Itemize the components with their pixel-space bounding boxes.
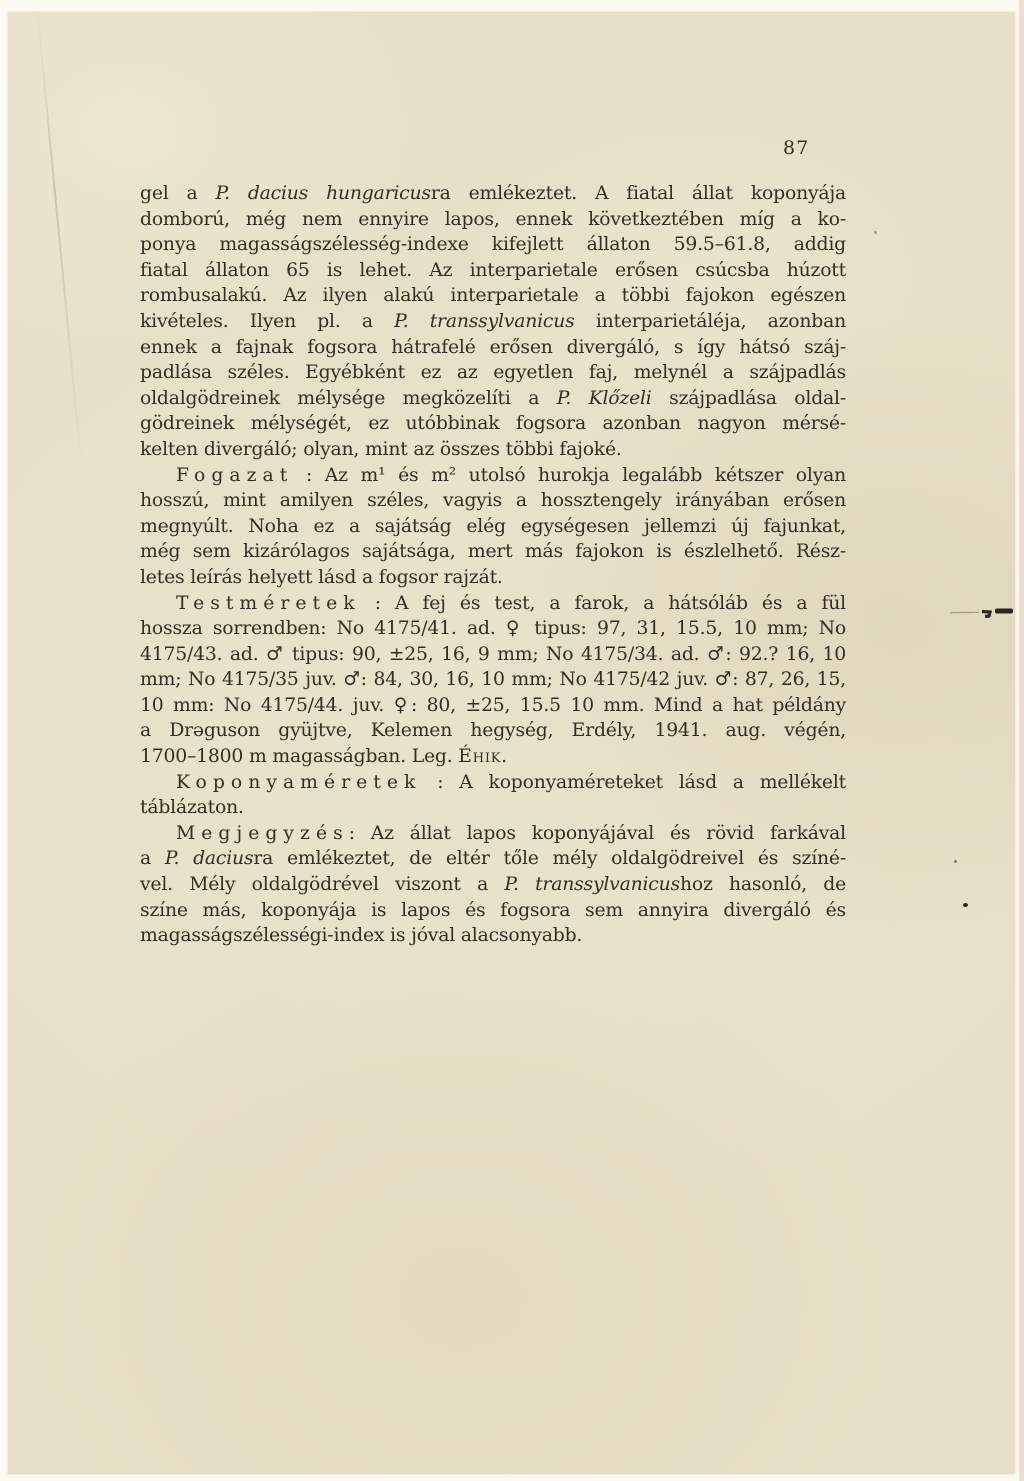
text-run: magasságszélességi-index is jóval alacso… <box>140 925 582 946</box>
text-run: a <box>140 848 165 869</box>
text-line: ennek a fajnak fogsora hátrafelé erősen … <box>140 335 846 361</box>
text-line: megnyúlt. Noha ez a sajátság elég egység… <box>140 514 846 540</box>
handwritten-margin-mark <box>948 600 1020 622</box>
text-line: még sem kizárólagos sajátsága, mert más … <box>140 539 846 565</box>
text-run: ra emlékeztet. A fiatal állat koponyája <box>431 183 846 204</box>
text-line: magasságszélességi-index is jóval alacso… <box>140 923 846 949</box>
text-run: mm; No 4175/35 juv. ♂: 84, 30, 16, 10 mm… <box>140 669 846 690</box>
text-line: vel. Mély oldalgödrével viszont a P. tra… <box>140 872 846 898</box>
text-line: ponya magasságszélesség-indexe kifejlett… <box>140 232 846 258</box>
text-line: 1700–1800 m magasságban. Leg. Éhik. <box>140 744 846 770</box>
text-run: 4175/43. ad. ♂ tipus: 90, ±25, 16, 9 mm;… <box>140 644 846 665</box>
text-run-spaced: Testméretek <box>176 593 361 614</box>
text-run: 1700–1800 m magasságban. Leg. <box>140 746 458 767</box>
text-run: padlása széles. Egyébként ez az egyetlen… <box>140 362 846 383</box>
text-run: oldalgödreinek mélysége megközelíti a <box>140 388 557 409</box>
page-crease <box>36 6 83 474</box>
text-run: : A fej és test, a farok, a hátsóláb és … <box>361 593 846 614</box>
text-line: fiatal állaton 65 is lehet. Az interpari… <box>140 258 846 284</box>
text-run: még sem kizárólagos sajátsága, mert más … <box>140 541 846 562</box>
text-line: oldalgödreinek mélysége megközelíti a P.… <box>140 386 846 412</box>
text-run: hosszú, mint amilyen széles, vagyis a ho… <box>140 490 846 511</box>
text-run: fiatal állaton 65 is lehet. Az interpari… <box>140 260 846 281</box>
text-run: interparietáléja, azonban <box>575 311 846 332</box>
text-run: : Az állat lapos koponyájával és rövid f… <box>349 823 846 844</box>
scan-edge-strip <box>1019 0 1024 1481</box>
text-run-spaced: Koponyaméretek <box>176 772 421 793</box>
text-run: . <box>501 746 507 767</box>
text-line: Koponyaméretek : A koponyaméreteket lásd… <box>140 770 846 796</box>
text-line: kelten divergáló; olyan, mint az összes … <box>140 437 846 463</box>
text-run: kivételes. Ilyen pl. a <box>140 311 394 332</box>
ink-speck <box>963 903 968 907</box>
text-line: kivételes. Ilyen pl. a P. transsylvanicu… <box>140 309 846 335</box>
text-run: gel a <box>140 183 215 204</box>
text-line: Fogazat : Az m¹ és m² utolsó hurokja leg… <box>140 463 846 489</box>
text-line: hosszú, mint amilyen széles, vagyis a ho… <box>140 488 846 514</box>
text-line: színe más, koponyája is lapos és fogsora… <box>140 898 846 924</box>
text-block: gel a P. dacius hungaricusra emlékeztet.… <box>140 181 846 949</box>
text-run-italic: P. Klőzeli <box>557 388 652 409</box>
text-line: 10 mm: No 4175/44. juv. ♀: 80, ±25, 15.5… <box>140 693 846 719</box>
text-run: megnyúlt. Noha ez a sajátság elég egység… <box>140 516 846 537</box>
text-run: szájpadlása oldal- <box>652 388 846 409</box>
text-run-spaced: Megjegyzés <box>176 823 349 844</box>
text-line: táblázaton. <box>140 795 846 821</box>
book-page: 87 gel a P. dacius hungaricusra emlékezt… <box>8 12 1015 1474</box>
text-run: ennek a fajnak fogsora hátrafelé erősen … <box>140 337 846 358</box>
ink-speck <box>954 860 957 863</box>
text-line: gel a P. dacius hungaricusra emlékeztet.… <box>140 181 846 207</box>
text-run: hossza sorrendben: No 4175/41. ad. ♀ tip… <box>140 618 846 639</box>
text-run: gödreinek mélységét, ez utóbbinak fogsor… <box>140 413 846 434</box>
text-run: hoz hasonló, de <box>680 874 846 895</box>
text-line: mm; No 4175/35 juv. ♂: 84, 30, 16, 10 mm… <box>140 667 846 693</box>
text-line: domború, még nem ennyire lapos, ennek kö… <box>140 207 846 233</box>
text-run: letes leírás helyett lásd a fogsor rajzá… <box>140 567 503 588</box>
text-run: színe más, koponyája is lapos és fogsora… <box>140 900 846 921</box>
text-run: : Az m¹ és m² utolsó hurokja legalább ké… <box>293 465 846 486</box>
pen-stroke-icon <box>948 600 1020 622</box>
text-run-italic: P. dacius <box>165 848 254 869</box>
text-run: ponya magasságszélesség-indexe kifejlett… <box>140 234 846 255</box>
text-line: a Drəguson gyüjtve, Kelemen hegység, Erd… <box>140 718 846 744</box>
text-run: a Drəguson gyüjtve, Kelemen hegység, Erd… <box>140 720 846 741</box>
ink-speck <box>874 231 877 234</box>
text-run: táblázaton. <box>140 797 244 818</box>
text-line: a P. daciusra emlékeztet, de eltér tőle … <box>140 846 846 872</box>
text-line: rombusalakú. Az ilyen alakú interparieta… <box>140 283 846 309</box>
text-run-italic: P. dacius hungaricus <box>215 183 430 204</box>
text-run-spaced: Fogazat <box>176 465 293 486</box>
text-line: 4175/43. ad. ♂ tipus: 90, ±25, 16, 9 mm;… <box>140 642 846 668</box>
text-line: Testméretek : A fej és test, a farok, a … <box>140 591 846 617</box>
scanned-document: { "page": { "number": "87", "paper_color… <box>0 0 1024 1481</box>
text-run: : A koponyaméreteket lásd a mellékelt <box>421 772 846 793</box>
text-run: rombusalakú. Az ilyen alakú interparieta… <box>140 285 846 306</box>
text-run: vel. Mély oldalgödrével viszont a <box>140 874 504 895</box>
text-run: domború, még nem ennyire lapos, ennek kö… <box>140 209 846 230</box>
text-run-italic: P. transsylvanicus <box>394 311 575 332</box>
text-line: Megjegyzés: Az állat lapos koponyájával … <box>140 821 846 847</box>
text-line: gödreinek mélységét, ez utóbbinak fogsor… <box>140 411 846 437</box>
text-line: padlása széles. Egyébként ez az egyetlen… <box>140 360 846 386</box>
text-line: hossza sorrendben: No 4175/41. ad. ♀ tip… <box>140 616 846 642</box>
text-run: kelten divergáló; olyan, mint az összes … <box>140 439 622 460</box>
text-run-italic: P. transsylvanicus <box>504 874 680 895</box>
page-number: 87 <box>783 139 809 158</box>
text-run: ra emlékeztet, de eltér tőle mély oldalg… <box>253 848 846 869</box>
text-run: 10 mm: No 4175/44. juv. ♀: 80, ±25, 15.5… <box>140 695 846 716</box>
text-line: letes leírás helyett lásd a fogsor rajzá… <box>140 565 846 591</box>
text-run-smallcaps: Éhik <box>458 746 501 767</box>
